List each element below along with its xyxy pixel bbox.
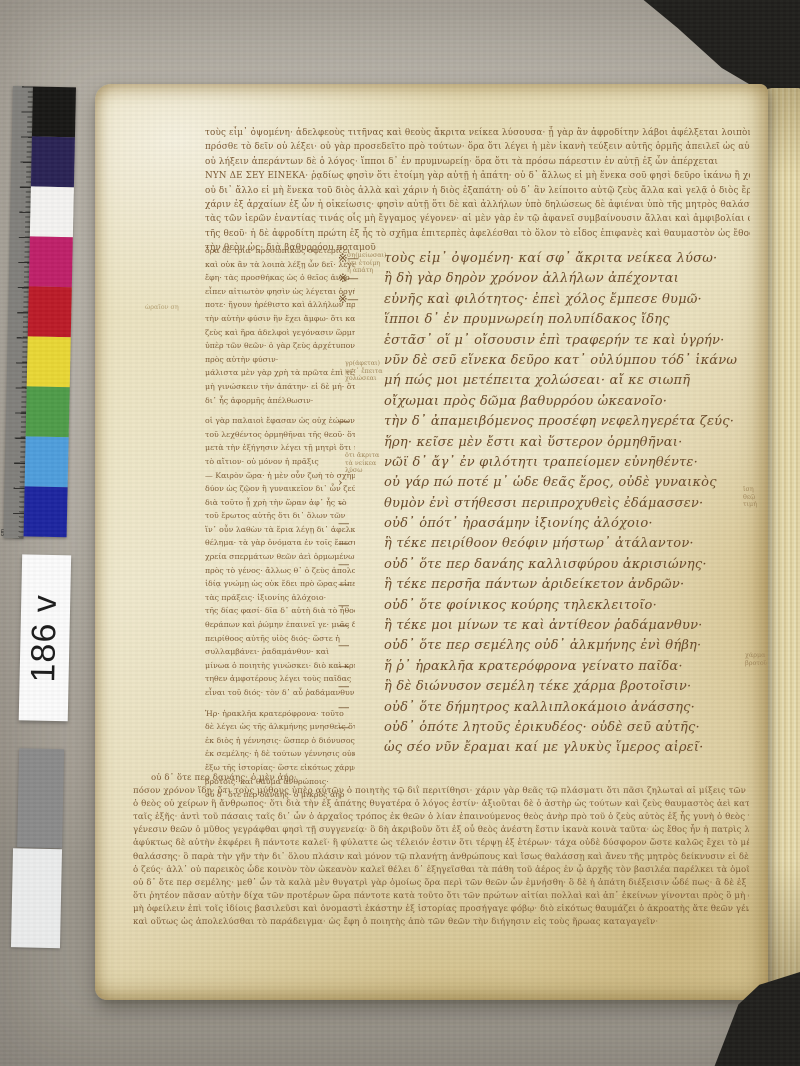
- scholia-line: Ἡρ· ἡρακλῆα κρατερόφρονα· τοῦτο: [205, 707, 355, 721]
- gloss-line: λύσω: [345, 467, 389, 475]
- color-calibration-bar: [24, 86, 76, 537]
- parchment-page: τοὺς εἶμ᾽ ὀψομένη· ἀδελφεοὺς τιτῆνας καὶ…: [95, 84, 768, 1000]
- scholia-line: τηθεν ἀμφοτέρους λέγει τοὺς παῖδας: [205, 672, 355, 686]
- verse-text: οὐδ᾽ ὅτε περ σεμέλης οὐδ᾽ ἀλκμήνης ἐνὶ θ…: [384, 638, 701, 653]
- verse-line: —ἣ δὲ διώνυσον σεμέλη τέκε χάρμα βροτοῖσ…: [338, 679, 743, 699]
- verse-text: οἴχωμαι πρὸς δῶμα βαθυρρόου ὠκεανοῖο·: [384, 394, 667, 409]
- scholia-line: τὴν αὐτὴν φύσιν ἣν ἔχει ἄμφω· ὅτι καὶ: [205, 312, 355, 326]
- paragraph-gap: [205, 700, 355, 707]
- critical-sign: —: [338, 577, 384, 591]
- verse-text: εὐνῆς καὶ φιλότητος· ἐπεὶ χόλος ἔμπεσε θ…: [384, 292, 702, 307]
- verse-text: τοὺς εἶμ᾽ ὀψομένη· καί σφ᾽ ἄκριτα νείκεα…: [384, 251, 717, 266]
- verse-line: —οὐδ᾽ ὅτε φοίνικος κούρης τηλεκλειτοῖο·: [338, 598, 743, 618]
- scholia-line: δὲ λέγει ὡς τῆς ἀλκμήνης μνησθεὶς ὅτι: [205, 720, 355, 734]
- verse-line: νῦν δὲ σεῦ εἵνεκα δεῦρο κατ᾽ οὐλύμπου τό…: [338, 353, 743, 373]
- scholia-line: εἶναι τοῦ διός· τὸν δ᾽ αὖ ῥαδάμανθυν·: [205, 686, 355, 700]
- critical-sign: —: [338, 618, 384, 632]
- verse-text: οὐδ᾽ ὅτε φοίνικος κούρης τηλεκλειτοῖο·: [384, 598, 657, 613]
- scholia-line: — Καιρὸν ὥρα· ἡ μὲν οὖν ζωὴ τὸ σχῆμα: [205, 469, 355, 483]
- scholia-line: ἐκ διὸς ἡ γέννησις· ὥσπερ ὁ διόνυσος: [205, 734, 355, 748]
- scholia-line: ἵν᾽ οὖν λαθὼν τὰ ἔρια λέγῃ δι᾽ ἀφελκύσμα: [205, 523, 355, 537]
- color-chip-navy: [31, 136, 75, 187]
- scholia-line: καὶ οὐκ ἂν τὰ λοιπὰ λέξῃ ὧν δεῖ· λέγει: [205, 258, 355, 272]
- verse-line: —ἣ τέκε πειρίθοον θεόφιν μήστωρ᾽ ἀτάλαντ…: [338, 536, 743, 556]
- color-chip-magenta: [29, 236, 73, 287]
- scholia-line: δι᾽ ἧς ἀφορμῆς ἀπέλθωσιν·: [205, 394, 355, 408]
- scholia-line: συλλαμβάνει· ῥαδαμάνθυν· καὶ: [205, 645, 355, 659]
- verse-text: οὐδ᾽ ὅτε δήμητρος καλλιπλοκάμοιο ἀνάσσης…: [384, 700, 695, 715]
- manuscript-photograph: τοὺς εἶμ᾽ ὀψομένη· ἀδελφεοὺς τιτῆνας καὶ…: [0, 0, 800, 1066]
- scholia-line: καὶ οὕτως ὡς ἀπολελύσθαι τὸ παράδειγμα· …: [133, 916, 749, 929]
- scholia-line: τοὺς εἶμ᾽ ὀψομένη· ἀδελφεοὺς τιτῆνας καὶ…: [205, 126, 750, 140]
- scholia-line: δύον ὡς ζῷον ἢ γυναικεῖον δι᾽ ὧν ζεύξῃ: [205, 482, 355, 496]
- verse-text: νῦν δὲ σεῦ εἵνεκα δεῦρο κατ᾽ οὐλύμπου τό…: [384, 353, 737, 368]
- verse-line: νῶϊ δ᾽ ἄγ᾽ ἐν φιλότητι τραπείομεν εὐνηθέ…: [338, 455, 743, 475]
- scholia-line: ΝΥΝ ΔΕ ΣΕΥ ΕΙΝΕΚΑ· ῥᾳδίως φησὶν ὅτι ἑτοί…: [205, 169, 750, 183]
- scholia-line: εἶπεν αἰτιωτὸν φησὶν ὡς λέγεται ὀργή: [205, 285, 355, 299]
- scholia-line: ὁ ζεύς· ἀλλ᾽ οὐ παρεικὸς ὧδε κοινὸν τὸν …: [133, 864, 749, 877]
- verse-text: θυμὸν ἐνὶ στήθεσσι περιπροχυθεὶς ἐδάμασσ…: [384, 496, 703, 511]
- verse-line: —οὐδ᾽ ὅτε περ σεμέλης οὐδ᾽ ἀλκμήνης ἐνὶ …: [338, 638, 743, 658]
- paragraph-gap: [205, 407, 355, 414]
- verse-text: οὐ γάρ πώ ποτέ μ᾽ ὧδε θεᾶς ἔρος, οὐδὲ γυ…: [384, 475, 717, 490]
- ruler-unit-label: cm: [0, 529, 6, 536]
- verse-line: μή πώς μοι μετέπειτα χολώσεαι· αἴ κε σιω…: [338, 373, 743, 393]
- intercolumn-gloss: ση(μείωσαι)ὅτι ἑτοίμηἡ ἀπάτη: [347, 252, 389, 275]
- verse-line: ※—εὐνῆς καὶ φιλότητος· ἐπεὶ χόλος ἔμπεσε…: [338, 292, 743, 312]
- scholia-line: θέλημα· τὰ γὰρ ὀνόματα ἐν τοῖς ἔπεσι: [205, 536, 355, 550]
- bottom-scholia-block: οὐ δ᾽ ὅτε περ δανάης· ὁ μὲν ἀήρ·πόσον χρ…: [133, 772, 749, 929]
- white-calibration-patch: [11, 848, 62, 948]
- scholia-line: ὑπὲρ τῶν θεῶν· ὁ γὰρ ζεὺς ἀρχέτυπον: [205, 339, 355, 353]
- verse-line: ὡς σέο νῦν ἔραμαι καί με γλυκὺς ἵμερος α…: [338, 740, 743, 760]
- scholia-line: ἔφη· τὰς προσθήκας ὡς ὁ θεῖος ἀνήρ: [205, 271, 355, 285]
- verse-line: ἑστᾶσ᾽ οἵ μ᾽ οἴσουσιν ἐπὶ τραφερήν τε κα…: [338, 333, 743, 353]
- left-margin-note: ὡραῖον ση: [145, 304, 197, 312]
- critical-sign: —: [338, 679, 384, 693]
- scholia-line: πρὸς τὸ γένος· ἄλλως θ᾽ ὁ ζεὺς ἀπολογεῖ: [205, 564, 355, 578]
- verse-line: —οὐδ᾽ ὁπότε λητοῦς ἐρικυδέος· οὐδὲ σεῦ α…: [338, 720, 743, 740]
- scholia-line: χρεία σπερμάτων θεῶν ἀεὶ ὁρμωμένων: [205, 550, 355, 564]
- scholia-line: τὸ αἴτιον· οὐ μόνον ἡ πρᾶξις: [205, 455, 355, 469]
- scholia-line: μίνωα ὁ ποιητὴς γινώσκει· διὸ καὶ κρή: [205, 659, 355, 673]
- gloss-line: χολώσεαι: [345, 375, 389, 383]
- verse-line: —ἣ τέκε περσῆα πάντων ἀριδείκετον ἀνδρῶν…: [338, 577, 743, 597]
- scholia-line: ὁ θεὸς οὐ χείρων ἢ ἄνθρωπος· ὅτι διὰ τὴν…: [133, 798, 749, 811]
- critical-sign: —: [338, 659, 384, 673]
- verse-line: ※—τοὺς εἶμ᾽ ὀψομένη· καί σφ᾽ ἄκριτα νείκ…: [338, 251, 743, 271]
- verse-line: —οὐδ᾽ ὅτε περ δανάης καλλισφύρου ἀκρισιώ…: [338, 557, 743, 577]
- critical-sign: —: [338, 536, 384, 550]
- gloss-line: βροτοῖς: [745, 660, 767, 668]
- critical-sign: —: [338, 516, 384, 530]
- verse-text: ἣ τέκε πειρίθοον θεόφιν μήστωρ᾽ ἀτάλαντο…: [384, 536, 694, 551]
- critical-sign: —: [338, 700, 384, 714]
- critical-sign: —: [338, 598, 384, 612]
- color-chip-black: [32, 86, 76, 137]
- scholia-line: τοῦ ἔρωτος αὐτῆς ὅτι δι᾽ ὅλων τῶν: [205, 509, 355, 523]
- scholia-line: πρὸς αὐτὴν φύσιν·: [205, 353, 355, 367]
- verse-text: ἢ δὴ γὰρ δηρὸν χρόνον ἀλλήλων ἀπέχονται: [384, 271, 679, 286]
- scholia-line: πρόσθε τὸ δεῖν οὐ λέξει· οὐ γὰρ προσεδεῖ…: [205, 140, 750, 154]
- verse-line: ›οὐ γάρ πώ ποτέ μ᾽ ὧδε θεᾶς ἔρος, οὐδὲ γ…: [338, 475, 743, 495]
- verse-text: οὐδ᾽ ὁπότε λητοῦς ἐρικυδέος· οὐδὲ σεῦ αὐ…: [384, 720, 700, 735]
- gloss-line: τιμή: [743, 501, 767, 509]
- verse-text: ἑστᾶσ᾽ οἵ μ᾽ οἴσουσιν ἐπὶ τραφερήν τε κα…: [384, 333, 724, 348]
- critical-sign: ›: [338, 475, 384, 489]
- iliad-verse-column: ※—τοὺς εἶμ᾽ ὀψομένη· καί σφ᾽ ἄκριτα νείκ…: [338, 251, 743, 761]
- scholia-line: θεράπων καὶ ῥώμην ἐπαινεῖ γε· μιᾶς δὲ: [205, 618, 355, 632]
- verse-text: οὐδ᾽ ὅτε περ δανάης καλλισφύρου ἀκρισιών…: [384, 557, 707, 572]
- verse-line: ἵπποι δ᾽ ἐν πρυμνωρείη πολυπίδακος ἴδης: [338, 312, 743, 332]
- verse-text: τὴν δ᾽ ἀπαμειβόμενος προσέφη νεφεληγερέτ…: [384, 414, 734, 429]
- verse-line: —τὴν δ᾽ ἀπαμειβόμενος προσέφη νεφεληγερέ…: [338, 414, 743, 434]
- scholia-line: τὰς τῶν ἱερῶν ἐναντίας τινάς οἷς μὴ ἔγγα…: [205, 212, 750, 226]
- verse-line: –θυμὸν ἐνὶ στήθεσσι περιπροχυθεὶς ἐδάμασ…: [338, 496, 743, 516]
- right-margin-gloss: χάρμαβροτοῖς: [745, 652, 767, 667]
- left-scholia-column: ὅρα δὲ τρία· προσωπικῶς σφετερίζεικαὶ οὐ…: [205, 244, 355, 802]
- intercolumn-gloss: ὅτι ἄκριτατὰ νείκεαλύσω: [345, 452, 389, 475]
- color-chip-yellow: [27, 336, 71, 387]
- verse-line: —οὐδ᾽ ὅτε δήμητρος καλλιπλοκάμοιο ἀνάσση…: [338, 700, 743, 720]
- verse-text: ἣ δὲ διώνυσον σεμέλη τέκε χάρμα βροτοῖσι…: [384, 679, 691, 694]
- intercolumn-gloss: γρ(άφεται)μετ᾽ ἔπειταχολώσεαι: [345, 360, 389, 383]
- scholia-line: οὐ λήξειν ἀπεράντων δὲ ὁ λόγος· ἵπποι δ᾽…: [205, 155, 750, 169]
- scholia-line: μὴ ὀφείλειν ἐπὶ τοῖς ἰδίοις βασιλεῦσι κα…: [133, 903, 749, 916]
- folio-number-text: 186 v: [25, 593, 66, 682]
- color-chip-green: [26, 386, 70, 437]
- scholia-line: ὅτι ῥητέον πᾶσαν αὐτὴν δίχα τῶν προτέρων…: [133, 890, 749, 903]
- verse-text: ἵπποι δ᾽ ἐν πρυμνωρείη πολυπίδακος ἴδης: [384, 312, 670, 327]
- verse-text: ἥ ῥ᾽ ἡρακλῆα κρατερόφρονα γείνατο παῖδα·: [384, 659, 683, 674]
- verse-text: ἣ τέκε μοι μίνων τε καὶ ἀντίθεον ῥαδάμαν…: [384, 618, 703, 633]
- verse-line: ἥρη· κεῖσε μὲν ἔστι καὶ ὕστερον ὁρμηθῆνα…: [338, 435, 743, 455]
- scholia-line: τῆς θεοῦ· ἡ δὲ ἀφροδίτη πρώτη ἐξ ἧς τὸ σ…: [205, 227, 750, 241]
- color-chip-red: [28, 286, 72, 337]
- scholia-line: οἱ γὰρ παλαιοὶ ἔφασαν ὡς οὐχ ἑώρων τὰ: [205, 414, 355, 428]
- folio-number-label: 186 v: [19, 554, 71, 721]
- scholia-line: μάλιστα μὲν γὰρ χρὴ τὰ πρῶτα ἐπὶ τέλει: [205, 366, 355, 380]
- scholia-line: τῆς δίας φασί· δῖα δ᾽ αὐτὴ διὰ τὸ ἦθος: [205, 604, 355, 618]
- verse-text: οὐδ᾽ ὁπότ᾽ ἠρασάμην ἰξιονίης ἀλόχοιο·: [384, 516, 653, 531]
- top-scholia-block: τοὺς εἶμ᾽ ὀψομένη· ἀδελφεοὺς τιτῆνας καὶ…: [205, 126, 750, 256]
- verse-text: ἣ τέκε περσῆα πάντων ἀριδείκετον ἀνδρῶν·: [384, 577, 684, 592]
- critical-sign: ※—: [338, 292, 384, 306]
- color-chip-dark-blue: [24, 486, 68, 537]
- verse-text: ἥρη· κεῖσε μὲν ἔστι καὶ ὕστερον ὁρμηθῆνα…: [384, 435, 682, 450]
- scholia-line: διὰ τοῦτο ᾗ χρὴ τὴν ὥραν ἀφ᾽ ἧς τὸ: [205, 496, 355, 510]
- scholia-line: ἐκ σεμέλης· ἡ δὲ τούτων γέννησις οὐκ: [205, 747, 355, 761]
- scholia-line: θαλάσσης· ὃ παρὰ τὴν γῆν τὴν δι᾽ ὅλου πλ…: [133, 851, 749, 864]
- scholia-line: τοῦ λεχθέντος ὁρμηθῆναι τῆς θεοῦ· ὅτι: [205, 428, 355, 442]
- verse-text: μή πώς μοι μετέπειτα χολώσεαι· αἴ κε σιω…: [384, 373, 690, 388]
- critical-sign: —: [338, 557, 384, 571]
- verse-line: —ἣ τέκε μοι μίνων τε καὶ ἀντίθεον ῥαδάμα…: [338, 618, 743, 638]
- scholia-line: ταῖς ἑξῆς· ἀντὶ τοῦ πάσαις ταῖς δι᾽ ὧν ὁ…: [133, 811, 749, 824]
- verse-line: οἴχωμαι πρὸς δῶμα βαθυρρόου ὠκεανοῖο·: [338, 394, 743, 414]
- scholia-line: ἀφύκτως δὲ αὐτὴν ἐκφέρει ἢ πάντοτε καλεῖ…: [133, 837, 749, 850]
- verse-line: —ἥ ῥ᾽ ἡρακλῆα κρατερόφρονα γείνατο παῖδα…: [338, 659, 743, 679]
- critical-sign: —: [338, 414, 384, 428]
- gloss-line: ἡ ἀπάτη: [347, 267, 389, 275]
- scholia-line: μὴ γινώσκειν τὴν ἀπάτην· εἰ δὲ μή· ὅτι: [205, 380, 355, 394]
- scholia-line: χάριν ἐξ ἀρχαίων ἐξ ὧν ἡ οἰκείωσις· φησὶ…: [205, 198, 750, 212]
- verse-line: —οὐδ᾽ ὁπότ᾽ ἠρασάμην ἰξιονίης ἀλόχοιο·: [338, 516, 743, 536]
- gray-calibration-patch: [17, 748, 64, 848]
- right-margin-gloss: ἴσηθεῷτιμή: [743, 486, 767, 509]
- scholia-line: οὐ δι᾽ ἄλλο εἰ μὴ ἕνεκα τοῦ διὸς ἀλλὰ κα…: [205, 184, 750, 198]
- scholia-line: ποτε· ἤγουν ἠρέθιστο καὶ ἀλλήλων πρὸς: [205, 298, 355, 312]
- scholia-line: οὐ δ᾽ ὅτε περ σεμέλης· μεθ᾽ ὧν τὰ καλὰ μ…: [133, 877, 749, 890]
- scholia-line: μετὰ τὴν ἐξήγησιν λέγει τῇ μητρὶ ὅτι ἡ: [205, 441, 355, 455]
- verse-text: νῶϊ δ᾽ ἄγ᾽ ἐν φιλότητι τραπείομεν εὐνηθέ…: [384, 455, 698, 470]
- scholia-line: ζεὺς καὶ ἥρα ἀδελφοὶ γεγόνασιν ὥρμησε: [205, 326, 355, 340]
- color-chip-white: [30, 186, 74, 237]
- scholia-line: γένεσιν θεῶν ὁ μῦθος γεγράφθαι φησὶ τῇ σ…: [133, 824, 749, 837]
- verse-line: ※—ἢ δὴ γὰρ δηρὸν χρόνον ἀλλήλων ἀπέχοντα…: [338, 271, 743, 291]
- scholia-line: πόσον χρόνον ἴδῃ· ὅτι τοὺς μύθους ὑπὲρ α…: [133, 785, 749, 798]
- verse-text: ὡς σέο νῦν ἔραμαι καί με γλυκὺς ἵμερος α…: [384, 740, 704, 755]
- calibration-strip: cm 186 v: [0, 86, 84, 967]
- critical-sign: –: [338, 496, 384, 510]
- scholia-line: οὐ δ᾽ ὅτε περ δανάης· ὁ μὲν ἀήρ·: [133, 772, 749, 785]
- scholia-line: ἰδίᾳ γνώμῃ ὡς οὐκ ἔδει πρὸ ὥρας εἰπεῖν: [205, 577, 355, 591]
- critical-sign: —: [338, 720, 384, 734]
- color-chip-light-blue: [25, 436, 69, 487]
- scholia-line: ὅρα δὲ τρία· προσωπικῶς σφετερίζει: [205, 244, 355, 258]
- critical-sign: —: [338, 638, 384, 652]
- scholia-line: πειρίθοος αὐτῆς υἱὸς διός· ὥστε ἡ: [205, 632, 355, 646]
- scholia-line: τὰς πράξεις· ἰξιονίης ἀλόχοιο·: [205, 591, 355, 605]
